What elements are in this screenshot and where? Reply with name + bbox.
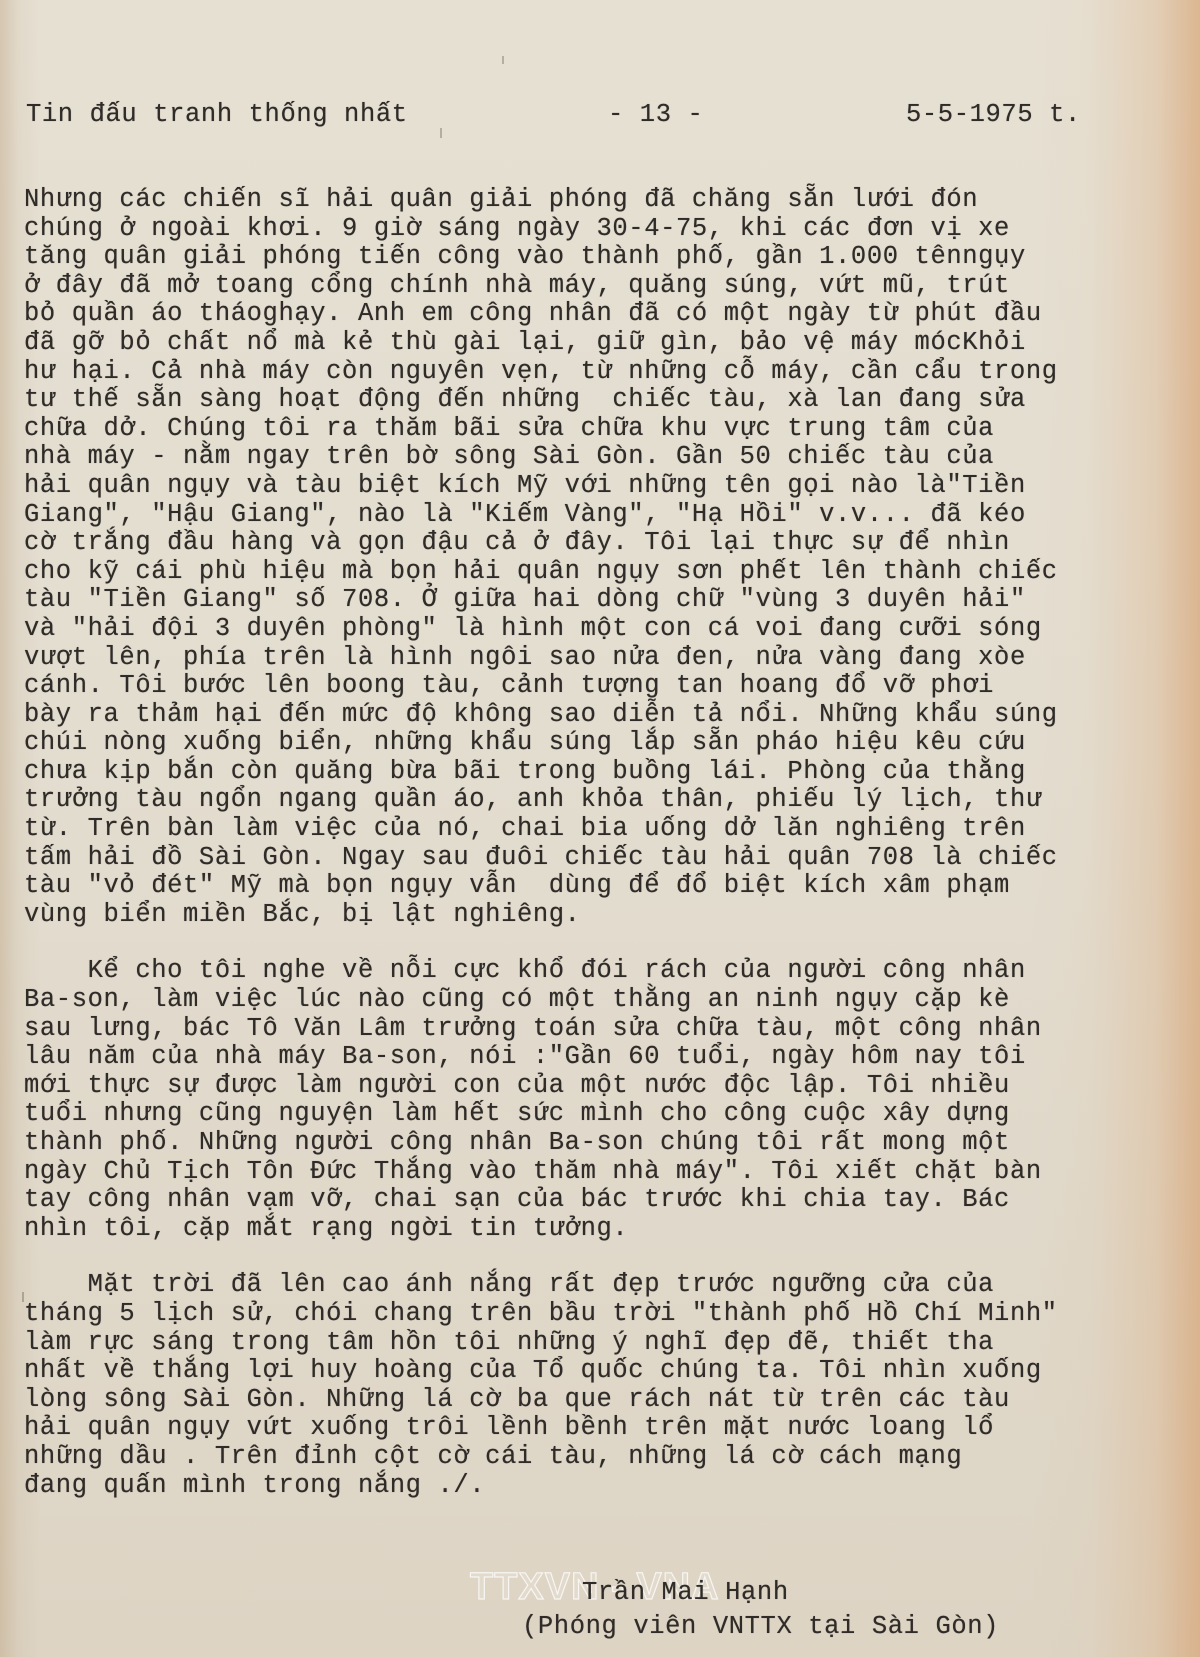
text-line: tàu "Tiền Giang" số 708. Ở giữa hai dòng… xyxy=(24,586,1174,615)
text-line: tăng quân giải phóng tiến công vào thành… xyxy=(24,243,1174,272)
stray-mark xyxy=(502,56,504,64)
paragraph-gap xyxy=(24,929,1174,957)
text-line: hải quân ngụy vứt xuống trôi lềnh bềnh t… xyxy=(24,1414,1174,1443)
text-line: trưởng tàu ngổn ngang quần áo, anh khỏa … xyxy=(24,786,1174,815)
text-line: nhìn tôi, cặp mắt rạng ngời tin tưởng. xyxy=(24,1215,1174,1244)
page-number: - 13 - xyxy=(608,100,703,129)
text-line: nhà máy - nằm ngay trên bờ sông Sài Gòn.… xyxy=(24,443,1174,472)
document-header: Tin đấu tranh thống nhất - 13 - 5-5-1975… xyxy=(26,100,1126,134)
text-line: cờ trắng đầu hàng và gọn đậu cả ở đây. T… xyxy=(24,529,1174,558)
text-line: tay công nhân vạm vỡ, chai sạn của bác t… xyxy=(24,1186,1174,1215)
document-body: Nhưng các chiến sĩ hải quân giải phóng đ… xyxy=(24,186,1174,1500)
document-date: 5-5-1975 t. xyxy=(906,100,1081,129)
text-line: bày ra thảm hại đến mức độ không sao diễ… xyxy=(24,701,1174,730)
text-line: vùng biển miền Bắc, bị lật nghiêng. xyxy=(24,901,1174,930)
text-line: tháng 5 lịch sử, chói chang trên bầu trờ… xyxy=(24,1300,1174,1329)
text-line: sau lưng, bác Tô Văn Lâm trưởng toán sửa… xyxy=(24,1015,1174,1044)
text-line: tuổi nhưng cũng nguyện làm hết sức mình … xyxy=(24,1100,1174,1129)
text-line: làm rực sáng trong tâm hồn tôi những ý n… xyxy=(24,1329,1174,1358)
text-line: Nhưng các chiến sĩ hải quân giải phóng đ… xyxy=(24,186,1174,215)
text-line: Giang", "Hậu Giang", nào là "Kiếm Vàng",… xyxy=(24,501,1174,530)
text-line: Kể cho tôi nghe về nỗi cực khổ đói rách … xyxy=(24,957,1174,986)
text-line: vượt lên, phía trên là hình ngôi sao nửa… xyxy=(24,644,1174,673)
text-line: mới thực sự được làm người con của một n… xyxy=(24,1072,1174,1101)
text-line: đang quấn mình trong nắng ./. xyxy=(24,1472,1174,1501)
text-line: tấm hải đồ Sài Gòn. Ngay sau đuôi chiếc … xyxy=(24,844,1174,873)
paragraph: Nhưng các chiến sĩ hải quân giải phóng đ… xyxy=(24,186,1174,929)
text-line: ở đây đã mở toang cổng chính nhà máy, qu… xyxy=(24,272,1174,301)
text-line: những dầu . Trên đỉnh cột cờ cái tàu, nh… xyxy=(24,1443,1174,1472)
text-line: hải quân ngụy và tàu biệt kích Mỹ với nh… xyxy=(24,472,1174,501)
text-line: chúi nòng xuống biển, những khẩu súng lắ… xyxy=(24,729,1174,758)
text-line: chúng ở ngoài khơi. 9 giờ sáng ngày 30-4… xyxy=(24,215,1174,244)
text-line: tàu "vỏ đét" Mỹ mà bọn ngụy vẫn dùng để … xyxy=(24,872,1174,901)
text-line: cánh. Tôi bước lên boong tàu, cảnh tượng… xyxy=(24,672,1174,701)
text-line: lâu năm của nhà máy Ba-son, nói :"Gần 60… xyxy=(24,1043,1174,1072)
text-line: thành phố. Những người công nhân Ba-son … xyxy=(24,1129,1174,1158)
text-line: bỏ quần áo tháoghạy. Anh em công nhân đã… xyxy=(24,300,1174,329)
paragraph: Mặt trời đã lên cao ánh nắng rất đẹp trư… xyxy=(24,1271,1174,1500)
text-line: hư hại. Cả nhà máy còn nguyên vẹn, từ nh… xyxy=(24,358,1174,387)
paragraph: Kể cho tôi nghe về nỗi cực khổ đói rách … xyxy=(24,957,1174,1243)
text-line: chữa dở. Chúng tôi ra thăm bãi sửa chữa … xyxy=(24,415,1174,444)
paragraph-gap xyxy=(24,1243,1174,1271)
text-line: Ba-son, làm việc lúc nào cũng có một thằ… xyxy=(24,986,1174,1015)
text-line: và "hải đội 3 duyên phòng" là hình một c… xyxy=(24,615,1174,644)
text-line: ngày Chủ Tịch Tôn Đức Thắng vào thăm nhà… xyxy=(24,1158,1174,1187)
author-name: Trần Mai Hạnh xyxy=(582,1578,789,1607)
text-line: tư thế sẵn sàng hoạt động đến những chiế… xyxy=(24,386,1174,415)
text-line: chưa kịp bắn còn quăng bừa bãi trong buồ… xyxy=(24,758,1174,787)
author-title: (Phóng viên VNTTX tại Sài Gòn) xyxy=(522,1612,999,1641)
text-line: lòng sông Sài Gòn. Những lá cờ ba que rá… xyxy=(24,1386,1174,1415)
text-line: cho kỹ cái phù hiệu mà bọn hải quân ngụy… xyxy=(24,558,1174,587)
text-line: Mặt trời đã lên cao ánh nắng rất đẹp trư… xyxy=(24,1271,1174,1300)
text-line: từ. Trên bàn làm việc của nó, chai bia u… xyxy=(24,815,1174,844)
text-line: đã gỡ bỏ chất nổ mà kẻ thù gài lại, giữ … xyxy=(24,329,1174,358)
text-line: nhất về thắng lợi huy hoàng của Tổ quốc … xyxy=(24,1357,1174,1386)
header-publication-title: Tin đấu tranh thống nhất xyxy=(26,100,408,129)
